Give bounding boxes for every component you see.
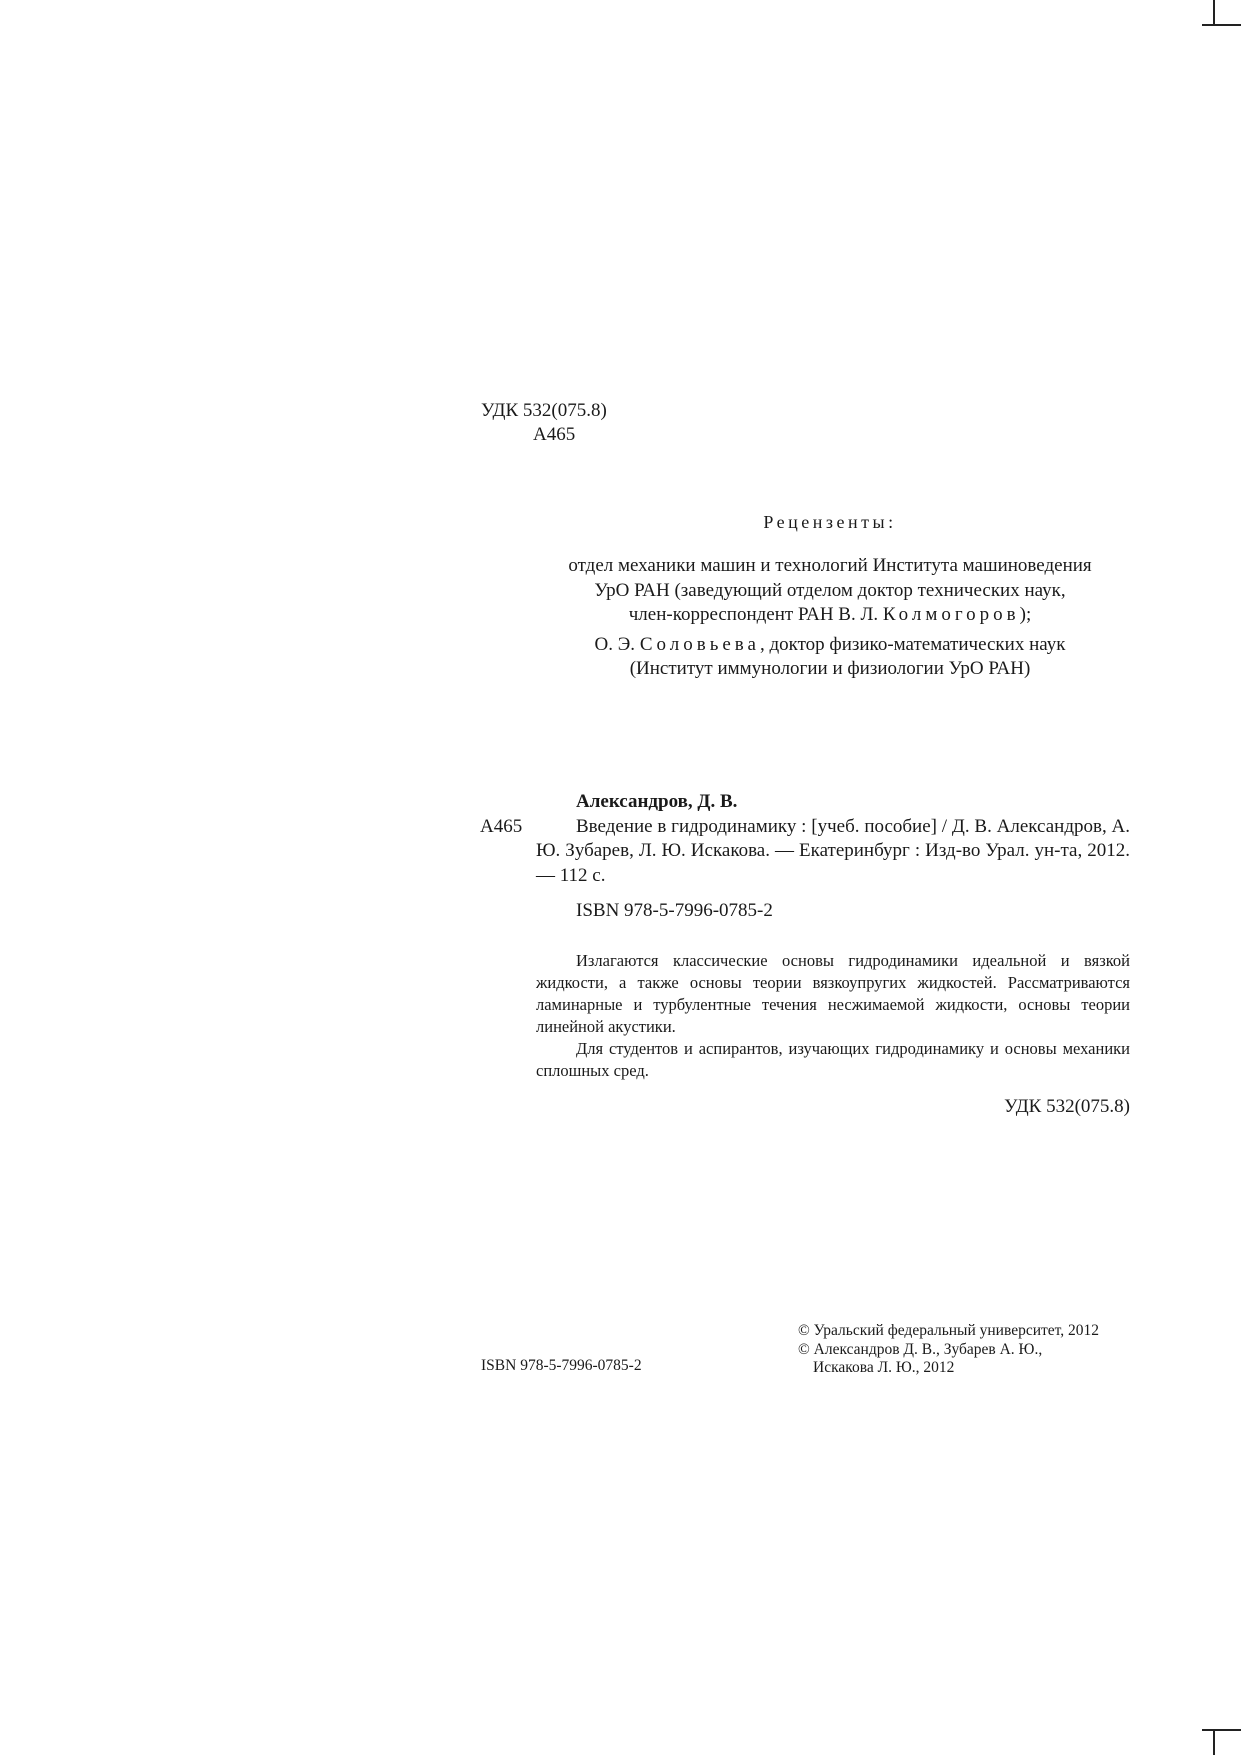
reviewers-title: Рецензенты: bbox=[530, 512, 1130, 533]
author-code: А465 bbox=[481, 423, 607, 447]
crop-mark-bottom-horizontal bbox=[1202, 1729, 1241, 1731]
copyright-authors-line-1: © Александров Д. В., Зубарев А. Ю., bbox=[798, 1341, 1099, 1360]
reviewer-2-degree: , доктор физико-математических наук bbox=[760, 634, 1065, 655]
card-code: А465 bbox=[480, 815, 522, 840]
copyright-block: © Уральский федеральный университет, 201… bbox=[798, 1322, 1099, 1378]
reviewer-2-affiliation: (Институт иммунологии и физиологии УрО Р… bbox=[630, 658, 1031, 679]
crop-mark-bottom-vertical bbox=[1213, 1729, 1215, 1755]
footer-isbn: ISBN 978-5-7996-0785-2 bbox=[481, 1357, 642, 1375]
crop-mark-top-vertical bbox=[1213, 0, 1215, 26]
reviewers-list: отдел механики машин и технологий Инстит… bbox=[530, 554, 1130, 687]
annotation-paragraph-2: Для студентов и аспирантов, изучающих ги… bbox=[536, 1038, 1130, 1082]
udk-code: УДК 532(075.8) bbox=[481, 400, 607, 421]
copyright-university: © Уральский федеральный университет, 201… bbox=[798, 1322, 1099, 1341]
copyright-authors-line-2: Искакова Л. Ю., 2012 bbox=[798, 1359, 1099, 1378]
annotation-udk: УДК 532(075.8) bbox=[536, 1096, 1130, 1118]
annotation: Излагаются классические основы гидродина… bbox=[536, 950, 1130, 1118]
reviewer-entry-1: отдел механики машин и технологий Инстит… bbox=[530, 554, 1130, 628]
reviewer-2-name: Соловьева bbox=[640, 634, 760, 655]
reviewer-1-line-3: член-корреспондент РАН В. Л. bbox=[629, 604, 883, 625]
reviewer-1-line-2: УрО РАН (заведующий отделом доктор техни… bbox=[594, 580, 1065, 601]
crop-mark-top-horizontal bbox=[1202, 24, 1241, 26]
annotation-paragraph-1: Излагаются классические основы гидродина… bbox=[536, 950, 1130, 1038]
card-isbn: ISBN 978-5-7996-0785-2 bbox=[480, 899, 1130, 924]
reviewer-1-line-1: отдел механики машин и технологий Инстит… bbox=[568, 555, 1091, 576]
card-description: Введение в гидродинамику : [учеб. пособи… bbox=[536, 816, 1130, 886]
reviewer-1-name: Колмогоров bbox=[883, 604, 1020, 625]
reviewer-1-suffix: ); bbox=[1020, 604, 1032, 625]
card-description-block: А465 Введение в гидродинамику : [учеб. п… bbox=[480, 815, 1130, 889]
reviewer-entry-2: О. Э. Соловьева, доктор физико-математич… bbox=[530, 633, 1130, 682]
card-author: Александров, Д. В. bbox=[480, 790, 1130, 815]
catalog-card: Александров, Д. В. А465 Введение в гидро… bbox=[480, 790, 1130, 924]
reviewer-2-initials: О. Э. bbox=[595, 634, 640, 655]
udk-header: УДК 532(075.8) А465 bbox=[481, 399, 607, 447]
